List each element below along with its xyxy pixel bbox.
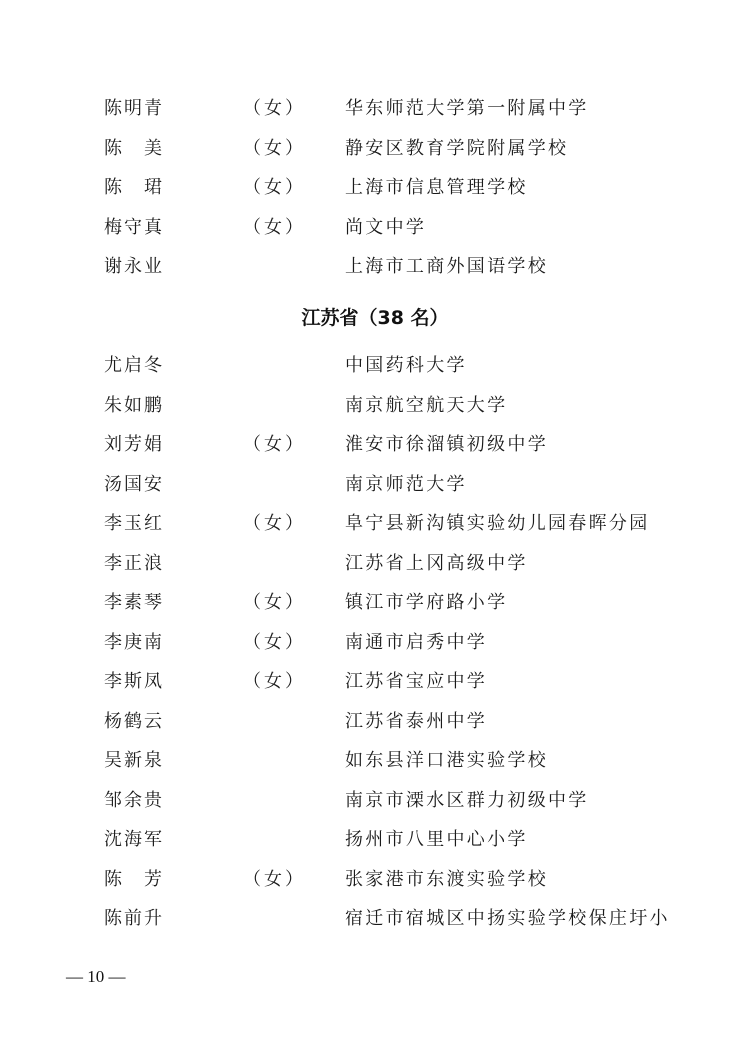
list-item: 陈 美 （女） 静安区教育学院附属学校 — [0, 129, 750, 169]
list-item: 尤启冬 中国药科大学 — [0, 346, 750, 386]
list-item: 谢永业 上海市工商外国语学校 — [0, 247, 750, 287]
school-name: 华东师范大学第一附属中学 — [345, 89, 589, 129]
school-name: 上海市信息管理学校 — [345, 168, 528, 208]
person-name: 陈 芳 — [104, 860, 164, 900]
person-name: 陈前升 — [104, 899, 164, 939]
gender-note: （女） — [243, 89, 306, 129]
gender-note: （女） — [243, 662, 306, 702]
list-item: 李玉红 （女） 阜宁县新沟镇实验幼儿园春晖分园 — [0, 504, 750, 544]
gender-note: （女） — [243, 208, 306, 248]
person-name: 李庚南 — [104, 623, 164, 663]
person-name: 刘芳娟 — [104, 425, 164, 465]
shanghai-list-continued: 陈明青 （女） 华东师范大学第一附属中学 陈 美 （女） 静安区教育学院附属学校… — [0, 89, 750, 287]
school-name: 张家港市东渡实验学校 — [345, 860, 548, 900]
person-name: 陈明青 — [104, 89, 164, 129]
person-name: 谢永业 — [104, 247, 164, 287]
person-name: 吴新泉 — [104, 741, 164, 781]
gender-note: （女） — [243, 860, 306, 900]
gender-note: （女） — [243, 425, 306, 465]
school-name: 宿迁市宿城区中扬实验学校保庄圩小 — [345, 899, 670, 939]
list-item: 陈前升 宿迁市宿城区中扬实验学校保庄圩小 — [0, 899, 750, 939]
list-item: 杨鹤云 江苏省泰州中学 — [0, 702, 750, 742]
school-name: 江苏省上冈高级中学 — [345, 544, 528, 584]
gender-note: （女） — [243, 504, 306, 544]
list-item: 汤国安 南京师范大学 — [0, 465, 750, 505]
school-name: 上海市工商外国语学校 — [345, 247, 548, 287]
list-item: 朱如鹏 南京航空航天大学 — [0, 386, 750, 426]
school-name: 江苏省宝应中学 — [345, 662, 487, 702]
gender-note: （女） — [243, 583, 306, 623]
list-item: 陈 珺 （女） 上海市信息管理学校 — [0, 168, 750, 208]
school-name: 江苏省泰州中学 — [345, 702, 487, 742]
list-item: 陈明青 （女） 华东师范大学第一附属中学 — [0, 89, 750, 129]
school-name: 淮安市徐溜镇初级中学 — [345, 425, 548, 465]
list-item: 梅守真 （女） 尚文中学 — [0, 208, 750, 248]
person-name: 朱如鹏 — [104, 386, 164, 426]
school-name: 尚文中学 — [345, 208, 426, 248]
person-name: 汤国安 — [104, 465, 164, 505]
list-item: 吴新泉 如东县洋口港实验学校 — [0, 741, 750, 781]
list-item: 刘芳娟 （女） 淮安市徐溜镇初级中学 — [0, 425, 750, 465]
person-name: 尤启冬 — [104, 346, 164, 386]
school-name: 镇江市学府路小学 — [345, 583, 507, 623]
school-name: 南京航空航天大学 — [345, 386, 507, 426]
person-name: 李斯凤 — [104, 662, 164, 702]
gender-note: （女） — [243, 623, 306, 663]
gender-note: （女） — [243, 129, 306, 169]
school-name: 中国药科大学 — [345, 346, 467, 386]
person-name: 陈 美 — [104, 129, 164, 169]
jiangsu-list: 尤启冬 中国药科大学 朱如鹏 南京航空航天大学 刘芳娟 （女） 淮安市徐溜镇初级… — [0, 346, 750, 939]
list-item: 李正浪 江苏省上冈高级中学 — [0, 544, 750, 584]
school-name: 南京市溧水区群力初级中学 — [345, 781, 589, 821]
list-item: 李庚南 （女） 南通市启秀中学 — [0, 623, 750, 663]
school-name: 静安区教育学院附属学校 — [345, 129, 568, 169]
school-name: 如东县洋口港实验学校 — [345, 741, 548, 781]
page-number: — 10 — — [66, 967, 126, 987]
gender-note: （女） — [243, 168, 306, 208]
section-heading-jiangsu: 江苏省（38 名） — [0, 300, 750, 336]
school-name: 阜宁县新沟镇实验幼儿园春晖分园 — [345, 504, 650, 544]
person-name: 李玉红 — [104, 504, 164, 544]
list-item: 李素琴 （女） 镇江市学府路小学 — [0, 583, 750, 623]
person-name: 杨鹤云 — [104, 702, 164, 742]
person-name: 沈海军 — [104, 820, 164, 860]
person-name: 李正浪 — [104, 544, 164, 584]
person-name: 陈 珺 — [104, 168, 164, 208]
document-page: 陈明青 （女） 华东师范大学第一附属中学 陈 美 （女） 静安区教育学院附属学校… — [0, 0, 750, 1060]
school-name: 扬州市八里中心小学 — [345, 820, 528, 860]
list-item: 邹余贵 南京市溧水区群力初级中学 — [0, 781, 750, 821]
person-name: 李素琴 — [104, 583, 164, 623]
list-item: 陈 芳 （女） 张家港市东渡实验学校 — [0, 860, 750, 900]
person-name: 梅守真 — [104, 208, 164, 248]
person-name: 邹余贵 — [104, 781, 164, 821]
school-name: 南京师范大学 — [345, 465, 467, 505]
school-name: 南通市启秀中学 — [345, 623, 487, 663]
list-item: 李斯凤 （女） 江苏省宝应中学 — [0, 662, 750, 702]
list-item: 沈海军 扬州市八里中心小学 — [0, 820, 750, 860]
